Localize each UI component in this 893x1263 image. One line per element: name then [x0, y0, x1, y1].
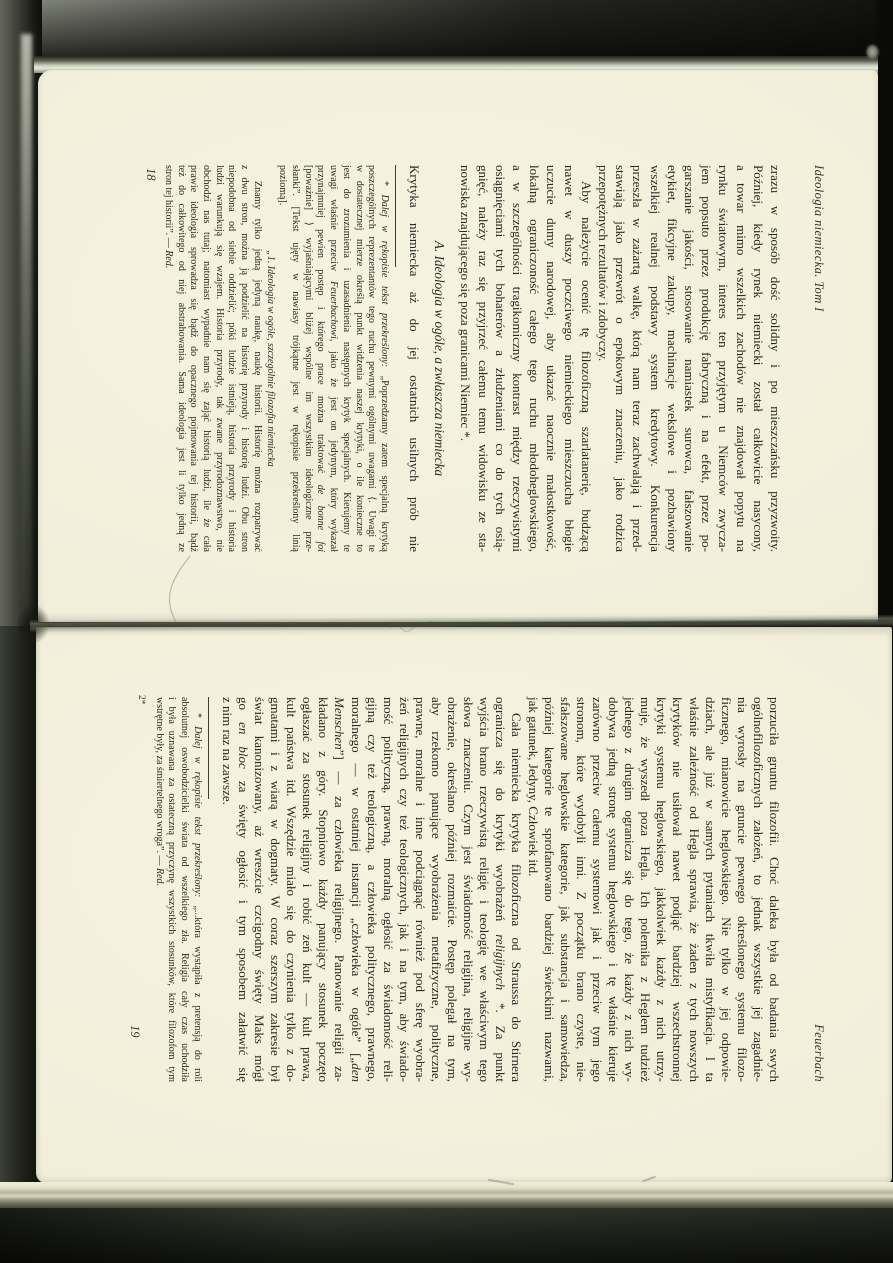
- text-line: jednego z drugim ogranicza się do tego, …: [621, 697, 637, 1082]
- page-19-text-block: porzuciła gruntu filozofii. Choć daleka …: [152, 697, 782, 1082]
- text-line: sfałszowane heglowskie kategorie, jak su…: [557, 697, 573, 1082]
- page-number-18: 18: [143, 168, 158, 181]
- paragraph: Krytyka niemiecka aż do jej ostatnich us…: [406, 165, 423, 552]
- text-line: stron tej historii”. — Red.: [161, 165, 174, 552]
- text-line: prawie ideologia sprowadza się bądź do o…: [187, 165, 200, 552]
- text-line: Cała niemiecka krytyka filozoficzna od S…: [508, 697, 524, 1082]
- text-line: ogłaszać za stosunek religijny i robić z…: [299, 697, 315, 1082]
- text-line: lokalną ograniczoność całego tego ruchu …: [526, 165, 543, 552]
- text-line: mość polityczną, prawną, moralną ogłosić…: [380, 697, 396, 1082]
- text-line: stronom, które wydobyli inni. Z początku…: [573, 697, 589, 1082]
- running-head-page-18: Ideologia niemiecka. Tom I: [812, 165, 826, 552]
- faint-gutter-marks: [385, 612, 455, 638]
- text-line: uczucie dumy narodowej, aby ukazać naocz…: [543, 165, 560, 552]
- text-line: Później, kiedy rynek niemiecki został ca…: [750, 165, 767, 552]
- text-line: prawne, moralne i inne podciągnąć równie…: [412, 697, 428, 1082]
- book-scan: Ideologia niemiecka. Tom I zrazu w sposó…: [0, 0, 893, 1263]
- text-line: niepodobna od siebie oddzielić; póki lud…: [225, 165, 238, 552]
- footnote-paragraph: Znamy tylko jedną jedyną naukę, naukę hi…: [161, 165, 263, 552]
- text-line: przeszła w zażartą walkę, którą nam tera…: [629, 165, 646, 552]
- page-19-content-rotated: Feuerbach porzuciła gruntu filozofii. Ch…: [36, 627, 890, 1183]
- footnote: * Dalej w rękopisie tekst przekreślony: …: [152, 697, 209, 1082]
- text-line: gnięć, należy raz się przyjrzeć całemu t…: [474, 165, 491, 552]
- text-line: a w szczególności tragikomiczny kontrast…: [509, 165, 526, 552]
- text-line: „1. Ideologia w ogóle, szczególnie filoz…: [263, 165, 276, 552]
- page-18-text-block: zrazu w sposób dość solidny i po mieszcz…: [161, 165, 784, 552]
- text-line: poziomą].: [276, 165, 289, 552]
- text-line: aby rzekomo panujące wyobrażenia metafiz…: [428, 697, 444, 1082]
- text-line: jest do zrozumienia i uzasadnienia nastę…: [339, 165, 352, 552]
- footnote-paragraph: „1. Ideologia w ogóle, szczególnie filoz…: [263, 165, 276, 552]
- paragraph: porzuciła gruntu filozofii. Choć daleka …: [525, 697, 783, 1082]
- text-line: * Dalej w rękopisie tekst przekreślony: …: [377, 165, 390, 552]
- scanner-background-bottom: [0, 1208, 893, 1263]
- text-line: krytyków nie usiłował nawet podjąć bardz…: [669, 697, 685, 1082]
- text-line: przepotężnych rezultatów i zdobyczy.: [595, 165, 612, 552]
- text-line: poszczególnych reprezentantów tego ruchu…: [365, 165, 378, 552]
- text-line: zrazu w sposób dość solidny i po mieszcz…: [767, 165, 784, 552]
- text-line: z nim raz na zawsze.: [219, 697, 235, 1082]
- text-line: Krytyka niemiecka aż do jej ostatnich us…: [406, 165, 423, 552]
- text-line: etykiet, fikcyjne zakupy, machinacje wek…: [664, 165, 681, 552]
- text-line: moralnego — w ostatniej instancji „człow…: [347, 697, 363, 1082]
- book-cover-edge-highlight: [21, 34, 32, 620]
- text-line: Znamy tylko jedną jedyną naukę, naukę hi…: [250, 165, 263, 552]
- paragraph: zrazu w sposób dość solidny i po mieszcz…: [595, 165, 784, 552]
- text-line: uwagi właśnie przeciw Feuerbachowi, jako…: [326, 165, 339, 552]
- text-line: kult państwa itd. Wszędzie miało się do …: [283, 697, 299, 1082]
- page-18-surface: Ideologia niemiecka. Tom I zrazu w sposó…: [38, 70, 878, 622]
- text-line: wstrętne były, za śmiertelnego wroga”. —…: [152, 697, 165, 1082]
- text-line: porzuciła gruntu filozofii. Choć daleka …: [766, 697, 782, 1082]
- text-line: nawet w duszy poczciwego niemieckiego mi…: [560, 165, 577, 552]
- text-line: ogranicza się do krytyki wyobrażeń relig…: [492, 697, 508, 1082]
- text-line: słanki”. [Tekst ujęty w nawiasy trójkątn…: [288, 165, 301, 552]
- text-line: rynku światowym, interes ten przyjętym u…: [715, 165, 732, 552]
- text-line: * Dalej w rękopisie tekst przekreślony: …: [190, 697, 203, 1082]
- text-line: gmatami i z wiarą w dogmaty. W coraz sze…: [267, 697, 283, 1082]
- text-line: a towar mimo wszelkich zachodów nie znaj…: [732, 165, 749, 552]
- footnote-paragraph: * Dalej w rękopisie tekst przekreślony: …: [276, 165, 390, 552]
- text-line: ludzi warunkują się wzajem. Historia prz…: [212, 165, 225, 552]
- text-line: słowa znaczeniu. Czym jest świadomość re…: [460, 697, 476, 1082]
- footnote-rule: [395, 165, 396, 267]
- text-line: go en bloc za święty ogłosić i tym sposo…: [235, 697, 251, 1082]
- text-line: nowiska znajdującego się poza granicami …: [457, 165, 474, 552]
- text-line: jem popsuto przez produkcję fabryczną i …: [698, 165, 715, 552]
- text-line: zarówno przeciw całemu systemowi jak i p…: [589, 697, 605, 1082]
- text-line: kładano z góry. Stopniowo każdy panujący…: [315, 697, 331, 1082]
- text-line: obrażenie, określano później rozmaicie. …: [444, 697, 460, 1082]
- footnote: * Dalej w rękopisie tekst przekreślony: …: [161, 165, 396, 552]
- text-line: ogólnofilozoficznych założeń, to jednak …: [750, 697, 766, 1082]
- text-line: ficznego, mianowicie heglowskiego. Nie t…: [718, 697, 734, 1082]
- text-line: dobywa jedną stronę systemu heglowskiego…: [605, 697, 621, 1082]
- page-18-content-rotated: Ideologia niemiecka. Tom I zrazu w sposó…: [36, 70, 878, 622]
- text-line: Aby należycie ocenić tę filozoficzną sza…: [578, 165, 595, 552]
- page-number-19: 19: [127, 1025, 142, 1038]
- text-line: garszanie jakości, stosowanie namiastek …: [681, 165, 698, 552]
- text-line: stawiają jako przewrót o epokowym znacze…: [612, 165, 629, 552]
- scanner-background-left-lower: [0, 626, 40, 1263]
- signature-mark: 2*: [136, 695, 146, 705]
- text-line: później kategorie te sprofanowano bardzi…: [541, 697, 557, 1082]
- text-line: w dostatecznej mierze określą punkt widz…: [352, 165, 365, 552]
- text-line: też do całkowitego od niej abstrahowania…: [174, 165, 187, 552]
- text-line: obchodzi nas tutaj; natomiast wypadnie n…: [199, 165, 212, 552]
- text-line: właśnie zależność od Hegla sprawia, że ż…: [685, 697, 701, 1082]
- page-edges-bottom: [0, 1182, 893, 1209]
- text-line: [poważnie] ⟩ wyjaśniającymi bliżej wspól…: [301, 165, 314, 552]
- text-line: wszelkiej realnej podstawy system kredyt…: [646, 165, 663, 552]
- text-line: Menschen”] — za człowieka religijnego. P…: [331, 697, 347, 1082]
- text-line: krytyki systemu heglowskiego, jakkolwiek…: [653, 697, 669, 1082]
- text-line: osiągnięciami tych bohaterów a złudzenia…: [492, 165, 509, 552]
- text-line: przynajmniej pewien postęp i którego pra…: [314, 165, 327, 552]
- page-19-surface: Feuerbach porzuciła gruntu filozofii. Ch…: [36, 627, 892, 1183]
- text-line: absolutnej oswobodzicielki świata od wsz…: [177, 697, 190, 1082]
- paragraph: Cała niemiecka krytyka filozoficzna od S…: [219, 697, 525, 1082]
- text-line: świat kanonizowany, aż wreszcie czcigodn…: [251, 697, 267, 1082]
- scan-artifact-blob: [864, 42, 881, 62]
- footnote-paragraph: * Dalej w rękopisie tekst przekreślony: …: [152, 697, 203, 1082]
- text-line: nia wyrosły na gruncie pewnego określone…: [734, 697, 750, 1082]
- text-line: jak gatunek, Jedyny, Człowiek itd.: [525, 697, 541, 1082]
- text-line: gijną czy też teologiczną, a człowieka p…: [364, 697, 380, 1082]
- text-line: dziach, ale już w samych pytaniach tkwił…: [702, 697, 718, 1082]
- running-head-page-19: Feuerbach: [812, 697, 826, 1082]
- section-heading: A. Ideologia w ogóle, a zwłaszcza niemie…: [431, 165, 447, 552]
- text-line: z dwu stron, można ją podzielić na histo…: [238, 165, 251, 552]
- paragraph: Aby należycie ocenić tę filozoficzną sza…: [457, 165, 595, 552]
- text-line: żeń religijnych czy też teologicznych, j…: [396, 697, 412, 1082]
- text-line: i była uznawana za ostateczną przyczynę …: [165, 697, 178, 1082]
- text-line: wyjścia brano rzeczywistą religię i teol…: [476, 697, 492, 1082]
- paper-crease-mark: [150, 553, 202, 625]
- footnote-rule: [208, 697, 209, 799]
- text-line: muje, że wyszedł poza Hegla. Ich polemik…: [637, 697, 653, 1082]
